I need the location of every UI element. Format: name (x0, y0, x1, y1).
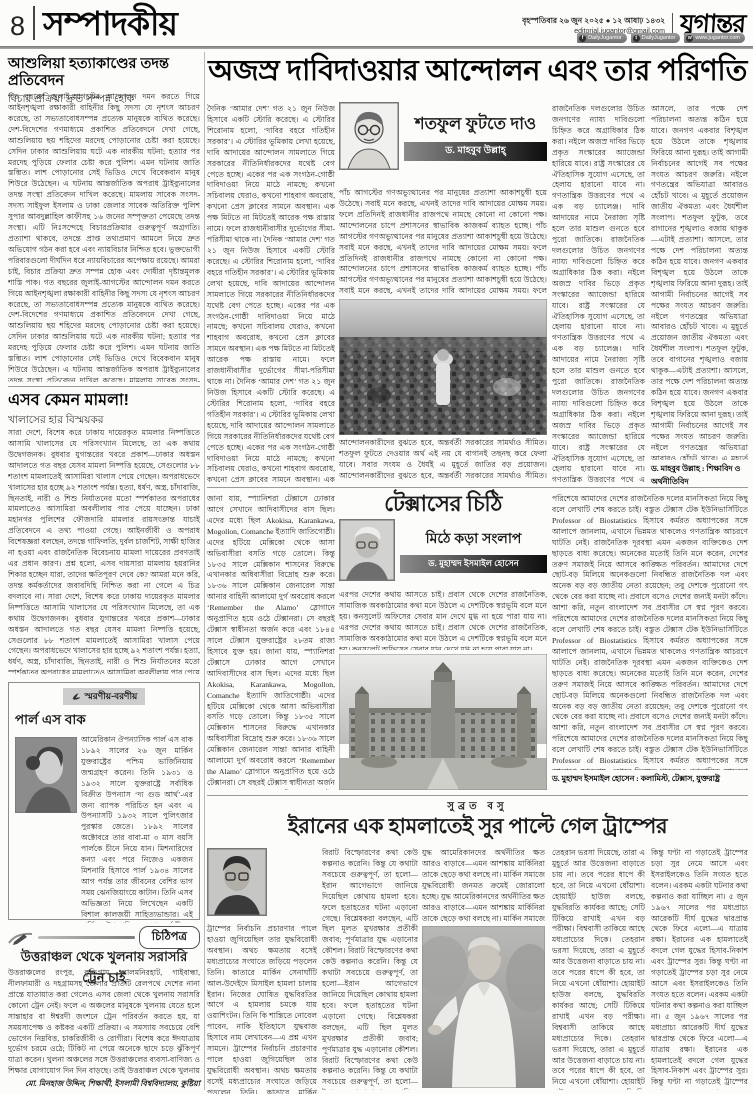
texas-col3-wrap: পরিশেষে আমাদের দেশের রাজনৈতিক দলের মানসি… (552, 494, 748, 792)
facebook-label: DailyJugantor (588, 35, 622, 41)
editorial-2-title: এসব কেমন মামলা! (8, 392, 200, 410)
trump-col1-wrap: ট্রাম্পের নির্বাচনি প্রচারণার পালে হাওয়… (207, 848, 317, 1090)
pearl-buck-portrait (15, 737, 77, 813)
trump-col1: ট্রাম্পের নির্বাচনি প্রচারণার পালে হাওয়… (207, 924, 317, 1094)
trump-col5: কিন্তু ঘণ্টা না গড়াতেই ট্রাম্পের চড়া স… (651, 848, 748, 1090)
social-badges: f DailyJugantor t DailyJugantor w www.ju… (577, 33, 745, 43)
memorial-tag: স্মরণীয়-বরণীয় (63, 688, 146, 705)
letter-body: উত্তরাঞ্চলের রংপুর, কুড়িগ্রাম, লালমনিরহ… (8, 968, 200, 1076)
main-col1: দৈনিক ‘আমার দেশ’ গত ২১ জুন নিউজ হিসাবে এ… (207, 104, 335, 482)
main-col2-upper: পাঁচ আগস্টের গণঅভ্যুত্থানের পর মানুষের প… (339, 188, 547, 296)
main-attribution: ড. মাহবুব উল্লাহ : শিক্ষাবিদ ও অর্থনীতিব… (651, 463, 748, 489)
trump-photo (422, 926, 545, 1088)
letters-label: চিঠিপত্র (139, 926, 200, 949)
dateline: বৃহস্পতিবার ২৬ জুন ২০২৫ ● ১২ আষাঢ় ১৪৩২ (522, 16, 665, 28)
trump-col4: তেহরান ভরসা দিয়েছে, তারা এ মুহূর্তে আর … (552, 848, 645, 1090)
memorial-box: স্মরণীয়-বরণীয় পার্ল এস বাক আমেরিকান ঔপ… (8, 682, 200, 920)
trump-headline: ইরানের এক হামলাতেই সুর পাল্টে গেল ট্রাম্… (207, 810, 748, 845)
header-divider (33, 6, 35, 40)
main-standfirst: শতফুল ফুটতে দাও (404, 111, 547, 138)
texas-subhead: মিঠে কড়া সংলাপ (400, 527, 547, 551)
twitter-icon: t (633, 35, 640, 42)
letters-line (38, 936, 135, 939)
ismail-hossain-portrait (339, 519, 395, 581)
memorial-header: স্মরণীয়-বরণীয় (15, 688, 193, 705)
texas-headline: টেক্সাসের চিঠি (339, 492, 547, 516)
university-building-photo (339, 654, 547, 790)
main-standfirst-block: শতফুল ফুটতে দাও ড. মাহবুব উল্লাহ্ (339, 102, 547, 170)
main-texas-divider (207, 487, 748, 488)
website-label: www.jugantor.com (695, 35, 740, 41)
mahbub-ullah-portrait (339, 102, 399, 170)
main-col4-wrap: আসলে, তার পক্ষে দেশ পরিচালনা অত্যন্ত কঠি… (651, 104, 748, 482)
facebook-badge[interactable]: f DailyJugantor (577, 33, 627, 43)
main-col3: রাজনৈতিক দলগুলোর উচিত জনগণের ন্যায্য দাব… (552, 104, 645, 482)
page-number: 8 (10, 13, 25, 40)
editorial-2: এসব কেমন মামলা! খালাসের হার বিস্ময়কর (8, 392, 200, 430)
main-author-bar: ড. মাহবুব উল্লাহ্ (404, 142, 547, 161)
globe-icon: w (686, 35, 693, 42)
texas-trump-divider (207, 795, 748, 796)
main-col2-lower: আন্দোলনকারীদের বুঝতে হবে, অন্তর্বর্তী সর… (339, 438, 547, 482)
texas-col2: এরপর দেশের কথায় আসতে চাই। প্রবাস থেকে দ… (339, 590, 547, 650)
trump-col3: যুদ্ধ আমেরিকানদের অর্থনীতির ক্ষত আরও বাড… (422, 848, 545, 922)
editorial-1-title: আশুলিয়া হত্যাকাণ্ডের তদন্ত প্রতিবেদন (8, 56, 200, 89)
twitter-badge[interactable]: t DailyJugantor (631, 33, 681, 43)
letter-signature: মো. মিনহাজ উদ্দিন, শিক্ষার্থী, ইসলামী বি… (8, 1078, 200, 1091)
header-left: 8 সম্পাদকীয় (10, 6, 177, 40)
section-title: সম্পাদকীয় (43, 7, 177, 40)
texas-col1: জানা যায়, স্প্যানিশরা টেক্সাসে ঢোকার আগ… (207, 494, 335, 790)
pen-icon (8, 931, 34, 945)
newspaper-page: 8 সম্পাদকীয় বৃহস্পতিবার ২৬ জুন ২০২৫ ● ১… (0, 0, 753, 1094)
main-headline: অজস্র দাবিদাওয়ার আন্দোলন এবং তার পরিণতি (207, 54, 748, 89)
column-rule (204, 52, 205, 1090)
texas-author-bar: ড. মুহাম্মদ ইসমাইল হোসেন (400, 555, 547, 573)
facebook-icon: f (579, 35, 586, 42)
memorial-label: স্মরণীয়-বরণীয় (85, 689, 138, 704)
dove-icon (71, 691, 82, 702)
texas-headline-block: টেক্সাসের চিঠি মিঠে কড়া সংলাপ ড. মুহাম্… (339, 492, 547, 581)
subrata-basu-portrait (207, 848, 267, 916)
twitter-label: DailyJugantor (642, 35, 676, 41)
left-divider-1 (8, 386, 200, 387)
website-badge[interactable]: w www.jugantor.com (684, 33, 745, 43)
trump-col2: বিরাট বিস্ফোরণের কথা কেউ কল্পনাও করেনি। … (322, 848, 418, 1090)
texas-col3: পরিশেষে আমাদের দেশের রাজনৈতিক দলের মানসি… (552, 494, 748, 770)
main-col4: আসলে, তার পক্ষে দেশ পরিচালনা অত্যন্ত কঠি… (651, 104, 748, 460)
editorial-2-body: সারা দেশে, বিশেষ করে ঢাকায় দায়েরকৃত মা… (8, 428, 200, 674)
memorial-body: আমেরিকান ঔপন্যাসিক পার্ল এস বাক ১৮৯২ সাল… (81, 735, 193, 923)
texas-attribution: ড. মুহাম্মদ ইসমাইল হোসেন : কলামিস্ট, টেক… (552, 773, 748, 786)
letters-header: চিঠিপত্র (8, 926, 200, 949)
header-rule (0, 46, 753, 49)
protest-crowd-photo (339, 299, 547, 435)
memorial-title: পার্ল এস বাক (15, 709, 193, 732)
editorial-1-body: গত বছরের জুলাই-আগস্টের আন্দোলন দমন করতে … (8, 92, 200, 382)
